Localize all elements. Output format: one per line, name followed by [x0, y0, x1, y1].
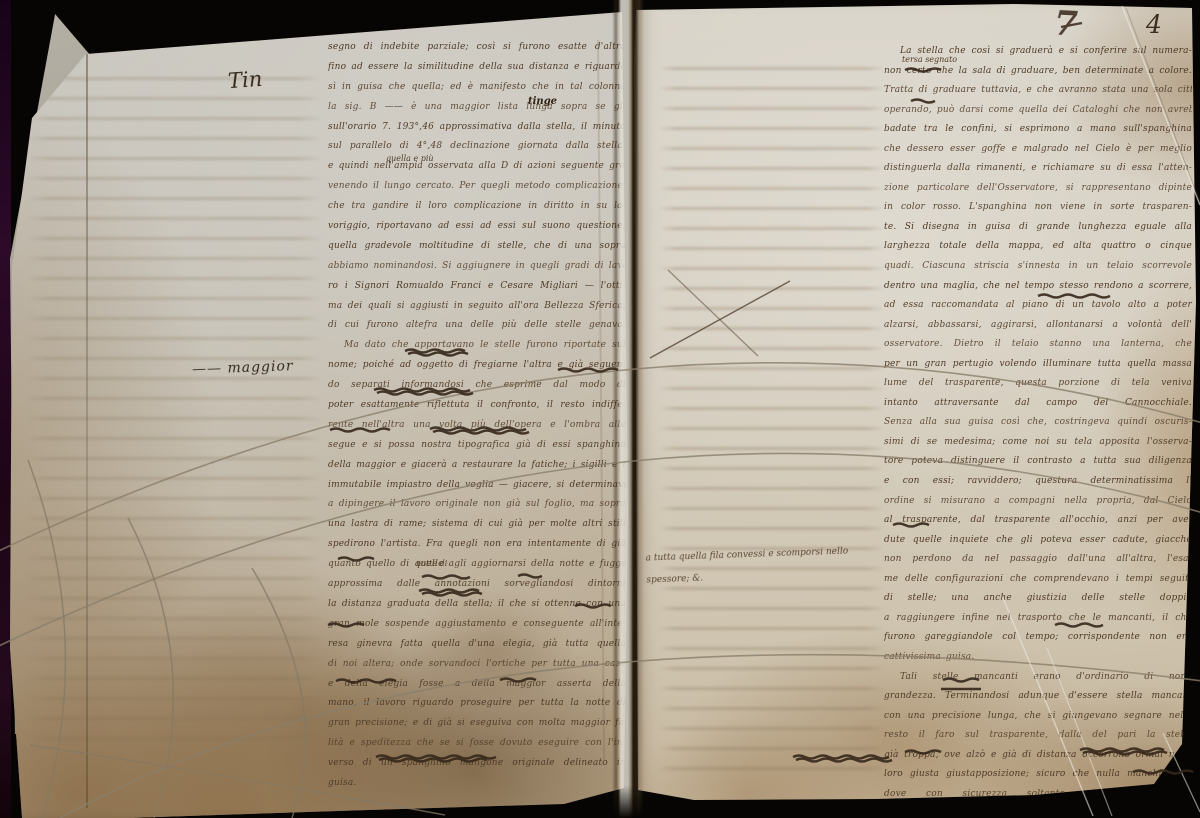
manuscript-line: voriggio, riportavano ad essi ad essi su…	[328, 217, 626, 237]
manuscript-line: con una precisione lunga, che si giungev…	[884, 707, 1192, 727]
left-page-text-column: segno di indebite parziale; così si furo…	[328, 38, 626, 794]
manuscript-line: gran precisione; e di già si eseguiva co…	[328, 714, 626, 734]
margin-note-tin: Tin	[227, 67, 263, 93]
manuscript-line: ma dei quali si aggiusti in seguito all'…	[328, 297, 626, 317]
manuscript-line: quella gradevole moltitudine di stelle, …	[328, 237, 626, 257]
manuscript-line: spedirono l'artista. Fra quegli non era …	[328, 535, 626, 555]
manuscript-line: zione particolare dell'Osservatore, si r…	[884, 179, 1192, 199]
manuscript-line: intanto attraversante dal campo del Cann…	[884, 394, 1192, 414]
manuscript-line: che dessero esser goffe e malgrado nel C…	[884, 140, 1192, 160]
manuscript-line: mano, il lavoro riguardo proseguire per …	[328, 694, 626, 714]
manuscript-line: e quindi nell'ampia osservata alla D di …	[328, 157, 626, 177]
manuscript-line: non perdono da nel passaggio dall'una al…	[884, 550, 1192, 570]
manuscript-line: alzarsi, abbassarsi, aggirarsi, allontan…	[884, 316, 1192, 336]
manuscript-line: di cui furono altefra una delle più dell…	[328, 316, 626, 336]
manuscript-line: gran mole sospende aggiustamento e conse…	[328, 615, 626, 635]
manuscript-line: non certo che la sala di graduare, ben d…	[884, 62, 1192, 82]
fold-line	[86, 48, 88, 808]
manuscript-scan: Tin —— maggior tinge quella e più notte …	[0, 0, 1200, 818]
manuscript-line: già troppa, ove alzò e già di distanza o…	[884, 746, 1192, 766]
manuscript-line: tore poteva distinguere il contrasto a t…	[884, 452, 1192, 472]
manuscript-line: che tra gandire il loro complicazione in…	[328, 197, 626, 217]
manuscript-line: ordine si misurano a compagni nella prop…	[884, 492, 1192, 512]
manuscript-line: la distanza graduata della stella; il ch…	[328, 595, 626, 615]
manuscript-line: larghezza totale della mappa, ed alta qu…	[884, 237, 1192, 257]
manuscript-line: abbiamo nominandosi. Si aggiugnere in qu…	[328, 257, 626, 277]
manuscript-line: ro i Signori Romualdo Franci e Cesare Mi…	[328, 277, 626, 297]
manuscript-line: sul parallelo di 4°,48 declinazione gior…	[328, 137, 626, 157]
manuscript-line: dute quelle inquiete che gli poteva esse…	[884, 531, 1192, 551]
manuscript-line: in color rosso. L'spanghina non viene in…	[884, 198, 1192, 218]
manuscript-line: segue e si possa nostra tipografica già …	[328, 436, 626, 456]
left-page: Tin —— maggior tinge quella e più notte …	[8, 8, 644, 818]
manuscript-line: poter esattamente riflettuta il confront…	[328, 396, 626, 416]
manuscript-line: badate tra le confini, si esprimono a ma…	[884, 120, 1192, 140]
page-gutter-edge	[612, 0, 644, 818]
manuscript-line: La stella che così si graduerà e si conf…	[884, 42, 1192, 62]
right-page-text-column: La stella che così si graduerà e si conf…	[884, 42, 1192, 804]
manuscript-line: di noi altera; onde sorvandoci l'ortiche…	[328, 655, 626, 675]
manuscript-line: guisa.	[328, 774, 626, 794]
manuscript-line: osservatore. Dietro il telaio stanno una…	[884, 335, 1192, 355]
manuscript-line: della maggior e giacerà a restaurare la …	[328, 456, 626, 476]
bleed-through-text	[658, 54, 884, 784]
manuscript-line: al trasparente, dal trasparente all'occh…	[884, 511, 1192, 531]
manuscript-line: furono gareggiandole col tempo; corrispo…	[884, 628, 1192, 648]
manuscript-line: distinguerla dalla rimanenti, e richiama…	[884, 159, 1192, 179]
manuscript-line: lità e speditezza che se si fosse dovuto…	[328, 734, 626, 754]
manuscript-line: simi di se medesima; come noi su tela ap…	[884, 433, 1192, 453]
manuscript-line: segno di indebite parziale; così si furo…	[328, 38, 626, 58]
manuscript-line: a dipingere il lavoro originale non già …	[328, 495, 626, 515]
manuscript-line: Senza alla sua guisa così che, costringe…	[884, 413, 1192, 433]
manuscript-line: te. Si disegna in guisa di grande lunghe…	[884, 218, 1192, 238]
page-number-pencil: 7	[1053, 3, 1079, 44]
manuscript-line: dove con sicurezza soltanto, via, altra …	[884, 785, 1192, 805]
manuscript-line: venendo il lungo cercato. Per quegli met…	[328, 177, 626, 197]
manuscript-line: immutabile impiastro della voglia — giac…	[328, 476, 626, 496]
manuscript-line: fino ad essere la similitudine della sua…	[328, 58, 626, 78]
manuscript-line: e della elegia fosse a della maggior ass…	[328, 675, 626, 695]
manuscript-line: una lastra di rame; sistema di cui già p…	[328, 515, 626, 535]
manuscript-line: nome; poiché ad oggetto di fregiarne l'a…	[328, 356, 626, 376]
manuscript-line: Ma dato che apportavano le stelle furono…	[328, 336, 626, 356]
manuscript-line: operando, può darsi come quella dei Cata…	[884, 101, 1192, 121]
right-page: 7 4 tersa segnato a tutta quella fila co…	[634, 2, 1200, 810]
manuscript-line: approssima dalle annotazioni sorvegliand…	[328, 575, 626, 595]
manuscript-line: quadi. Ciascuna striscia s'innesta in un…	[884, 257, 1192, 277]
manuscript-line: e con essi; ravviddero; questura determi…	[884, 472, 1192, 492]
manuscript-line: per un gran pertugio volendo illuminare …	[884, 355, 1192, 375]
gutter-note: a tutta quella fila convessi e scomporsi…	[645, 540, 849, 591]
bleed-through-text	[26, 64, 322, 754]
manuscript-line: ad essa raccomandata al piano di un tavo…	[884, 296, 1192, 316]
scanner-edge-strip	[0, 0, 11, 818]
manuscript-line: sull'orario 7. 193°,46 approssimativa da…	[328, 118, 626, 138]
manuscript-line: grandezza. Terminandosi adunque d'essere…	[884, 687, 1192, 707]
manuscript-line: Tali stelle mancanti erano d'ordinario d…	[884, 668, 1192, 688]
manuscript-line: resto il faro sul trasparente, dalla del…	[884, 726, 1192, 746]
manuscript-line: quanto quello di quelle agli aggiornarsi…	[328, 555, 626, 575]
manuscript-line: rente nell'altra una volta più dell'oper…	[328, 416, 626, 436]
manuscript-line: me delle configurazioni che comprendevan…	[884, 570, 1192, 590]
manuscript-line: resa ginevra fatta quella d'una elegia, …	[328, 635, 626, 655]
manuscript-line: sì in guisa che quella; ed è manifesto c…	[328, 78, 626, 98]
manuscript-line: do separati informandosi che esprime dal…	[328, 376, 626, 396]
manuscript-line: di stelle; una anche giustizia delle ste…	[884, 589, 1192, 609]
manuscript-line: a raggiungere infine nel trasporto che l…	[884, 609, 1192, 629]
page-number-ink: 4	[1146, 10, 1162, 39]
manuscript-line: loro giusta giustapposizione; sicuro che…	[884, 765, 1192, 785]
manuscript-line: dentro una maglia, che nel tempo stesso …	[884, 277, 1192, 297]
manuscript-line: la sig. B —— è una maggior lista lunga s…	[328, 98, 626, 118]
manuscript-line: Tratta di graduare tuttavia, e che avran…	[884, 81, 1192, 101]
manuscript-line: verso di un spanghino mangone originale …	[328, 754, 626, 774]
manuscript-line: lume del trasparente, questa porzione di…	[884, 374, 1192, 394]
manuscript-line: cattivissima guisa.	[884, 648, 1192, 668]
